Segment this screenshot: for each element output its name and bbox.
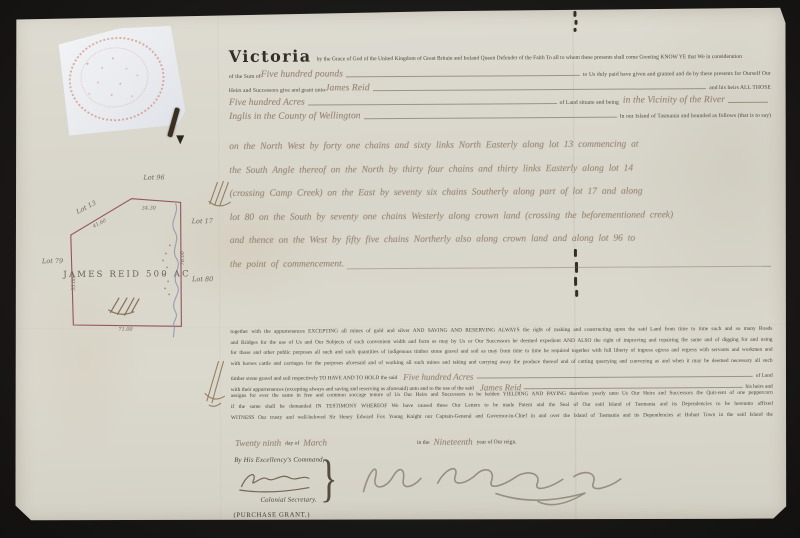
execution-brace: } — [320, 453, 338, 505]
blank-rule — [308, 103, 557, 106]
preamble-text: of Land situate and being — [560, 100, 619, 106]
manuscript-acreage: Five hundred Acres — [403, 373, 473, 381]
manuscript-regnal-year: Nineteenth — [434, 438, 473, 446]
preamble-text: to Us duly paid have given and granted a… — [583, 71, 771, 78]
ribbon-stitch-mark — [574, 28, 577, 32]
manuscript-sum: Five hundred pounds — [261, 70, 343, 80]
manuscript-grantee-name: James Reid — [480, 383, 521, 391]
boundary-line: on the North West by forty one chains an… — [229, 133, 773, 160]
covenant-paragraph: together with the appurtenances EXCEPTIN… — [230, 326, 773, 425]
grant-preamble: Victoria by the Grace of God of the Unit… — [229, 46, 771, 122]
seal-ribbon-tail — [176, 135, 184, 144]
boundary-line: and thence on the West by fifty five cha… — [230, 227, 774, 254]
manuscript-locality: in the Vicinity of the River — [623, 96, 725, 106]
ribbon-stitch-mark — [575, 20, 578, 25]
surveyor-initials-mark — [108, 298, 139, 316]
manuscript-acreage: Five hundred Acres — [229, 99, 305, 108]
right-dimension-label: 76.00 — [180, 250, 186, 265]
covenant-line: WITNESS Our trusty and well-beloved Sir … — [231, 411, 773, 425]
boundary-line: the point of commencement. — [230, 251, 774, 278]
lot-13-label: Lot 13 — [74, 199, 97, 216]
parchment-sheet: Victoria by the Grace of God of the Unit… — [12, 8, 788, 524]
grant-type-label: (PURCHASE GRANT.) — [234, 512, 311, 519]
bottom-dimension-label: 71.00 — [118, 327, 133, 333]
execution-date-line: Twenty ninth day of March in the Ninetee… — [231, 428, 773, 447]
blank-rule — [346, 75, 580, 77]
colonial-secretary-signature — [237, 469, 317, 493]
lot-80-label: Lot 80 — [191, 275, 213, 283]
blank-rule — [347, 265, 771, 269]
boundary-line: lot 80 on the South by seventy one chain… — [230, 204, 774, 231]
preamble-text: and his heirs ALL THOSE — [709, 85, 771, 91]
preamble-line: Victoria by the Grace of God of the Unit… — [229, 46, 771, 66]
covenant-text: timber stone gravel and soil respectivel… — [231, 375, 398, 382]
top-dimension-label: 34.30 — [142, 205, 157, 211]
boundary-line: (crossing Camp Creek) on the East by sev… — [229, 180, 773, 207]
preamble-text: Heirs and Successors give and grant unto — [229, 87, 325, 94]
preamble-text: In our Island of Tasmania and bounded as… — [620, 113, 771, 120]
boundary-description: on the North West by forty one chains an… — [229, 133, 774, 278]
printed-in-the: in the — [417, 440, 430, 446]
ribbon-stitch-mark — [573, 11, 576, 17]
manuscript-grantee-name: James Reid — [325, 84, 370, 93]
lot-17-label: Lot 17 — [191, 217, 214, 225]
boundary-line: the South Angle thereof on the North by … — [229, 156, 773, 183]
owner-acreage-label: JAMES REID 500 AC — [62, 269, 190, 280]
printed-day-of: day of — [285, 441, 299, 447]
blank-rule — [524, 387, 742, 389]
command-label: By His Excellency's Command, — [234, 456, 325, 464]
royal-title-word: Victoria — [229, 47, 312, 67]
photograph-of-land-grant: Victoria by the Grace of God of the Unit… — [0, 0, 800, 538]
marginal-initials — [203, 174, 233, 209]
preamble-line: Inglis in the County of Wellington In ou… — [229, 105, 771, 122]
governor-signature: HEF Young — [345, 448, 665, 510]
ribbon-stitch-mark — [574, 277, 577, 286]
manuscript-day: Twenty ninth — [235, 439, 281, 447]
office-label: Colonial Secretary. — [260, 497, 316, 504]
blank-rule — [364, 117, 617, 120]
manuscript-county: Inglis in the County of Wellington — [229, 112, 361, 122]
boundary-text: the point of commencement. — [230, 253, 344, 277]
manuscript-month: March — [303, 438, 327, 446]
lot-96-label: Lot 96 — [142, 173, 164, 181]
printed-year-of-reign: year of Our reign. — [477, 439, 517, 445]
ribbon-stitch-mark — [575, 290, 578, 297]
allotment-outline — [71, 198, 182, 327]
diagonal-dimension-label: 41.60 — [91, 217, 108, 230]
lot-79-label: Lot 79 — [41, 257, 63, 265]
marginal-initials — [199, 349, 229, 409]
covenant-text: of Land — [756, 373, 773, 379]
blank-rule — [728, 102, 768, 103]
preamble-text: of the Sum of — [229, 74, 261, 80]
paper-wafer-seal — [53, 21, 187, 139]
